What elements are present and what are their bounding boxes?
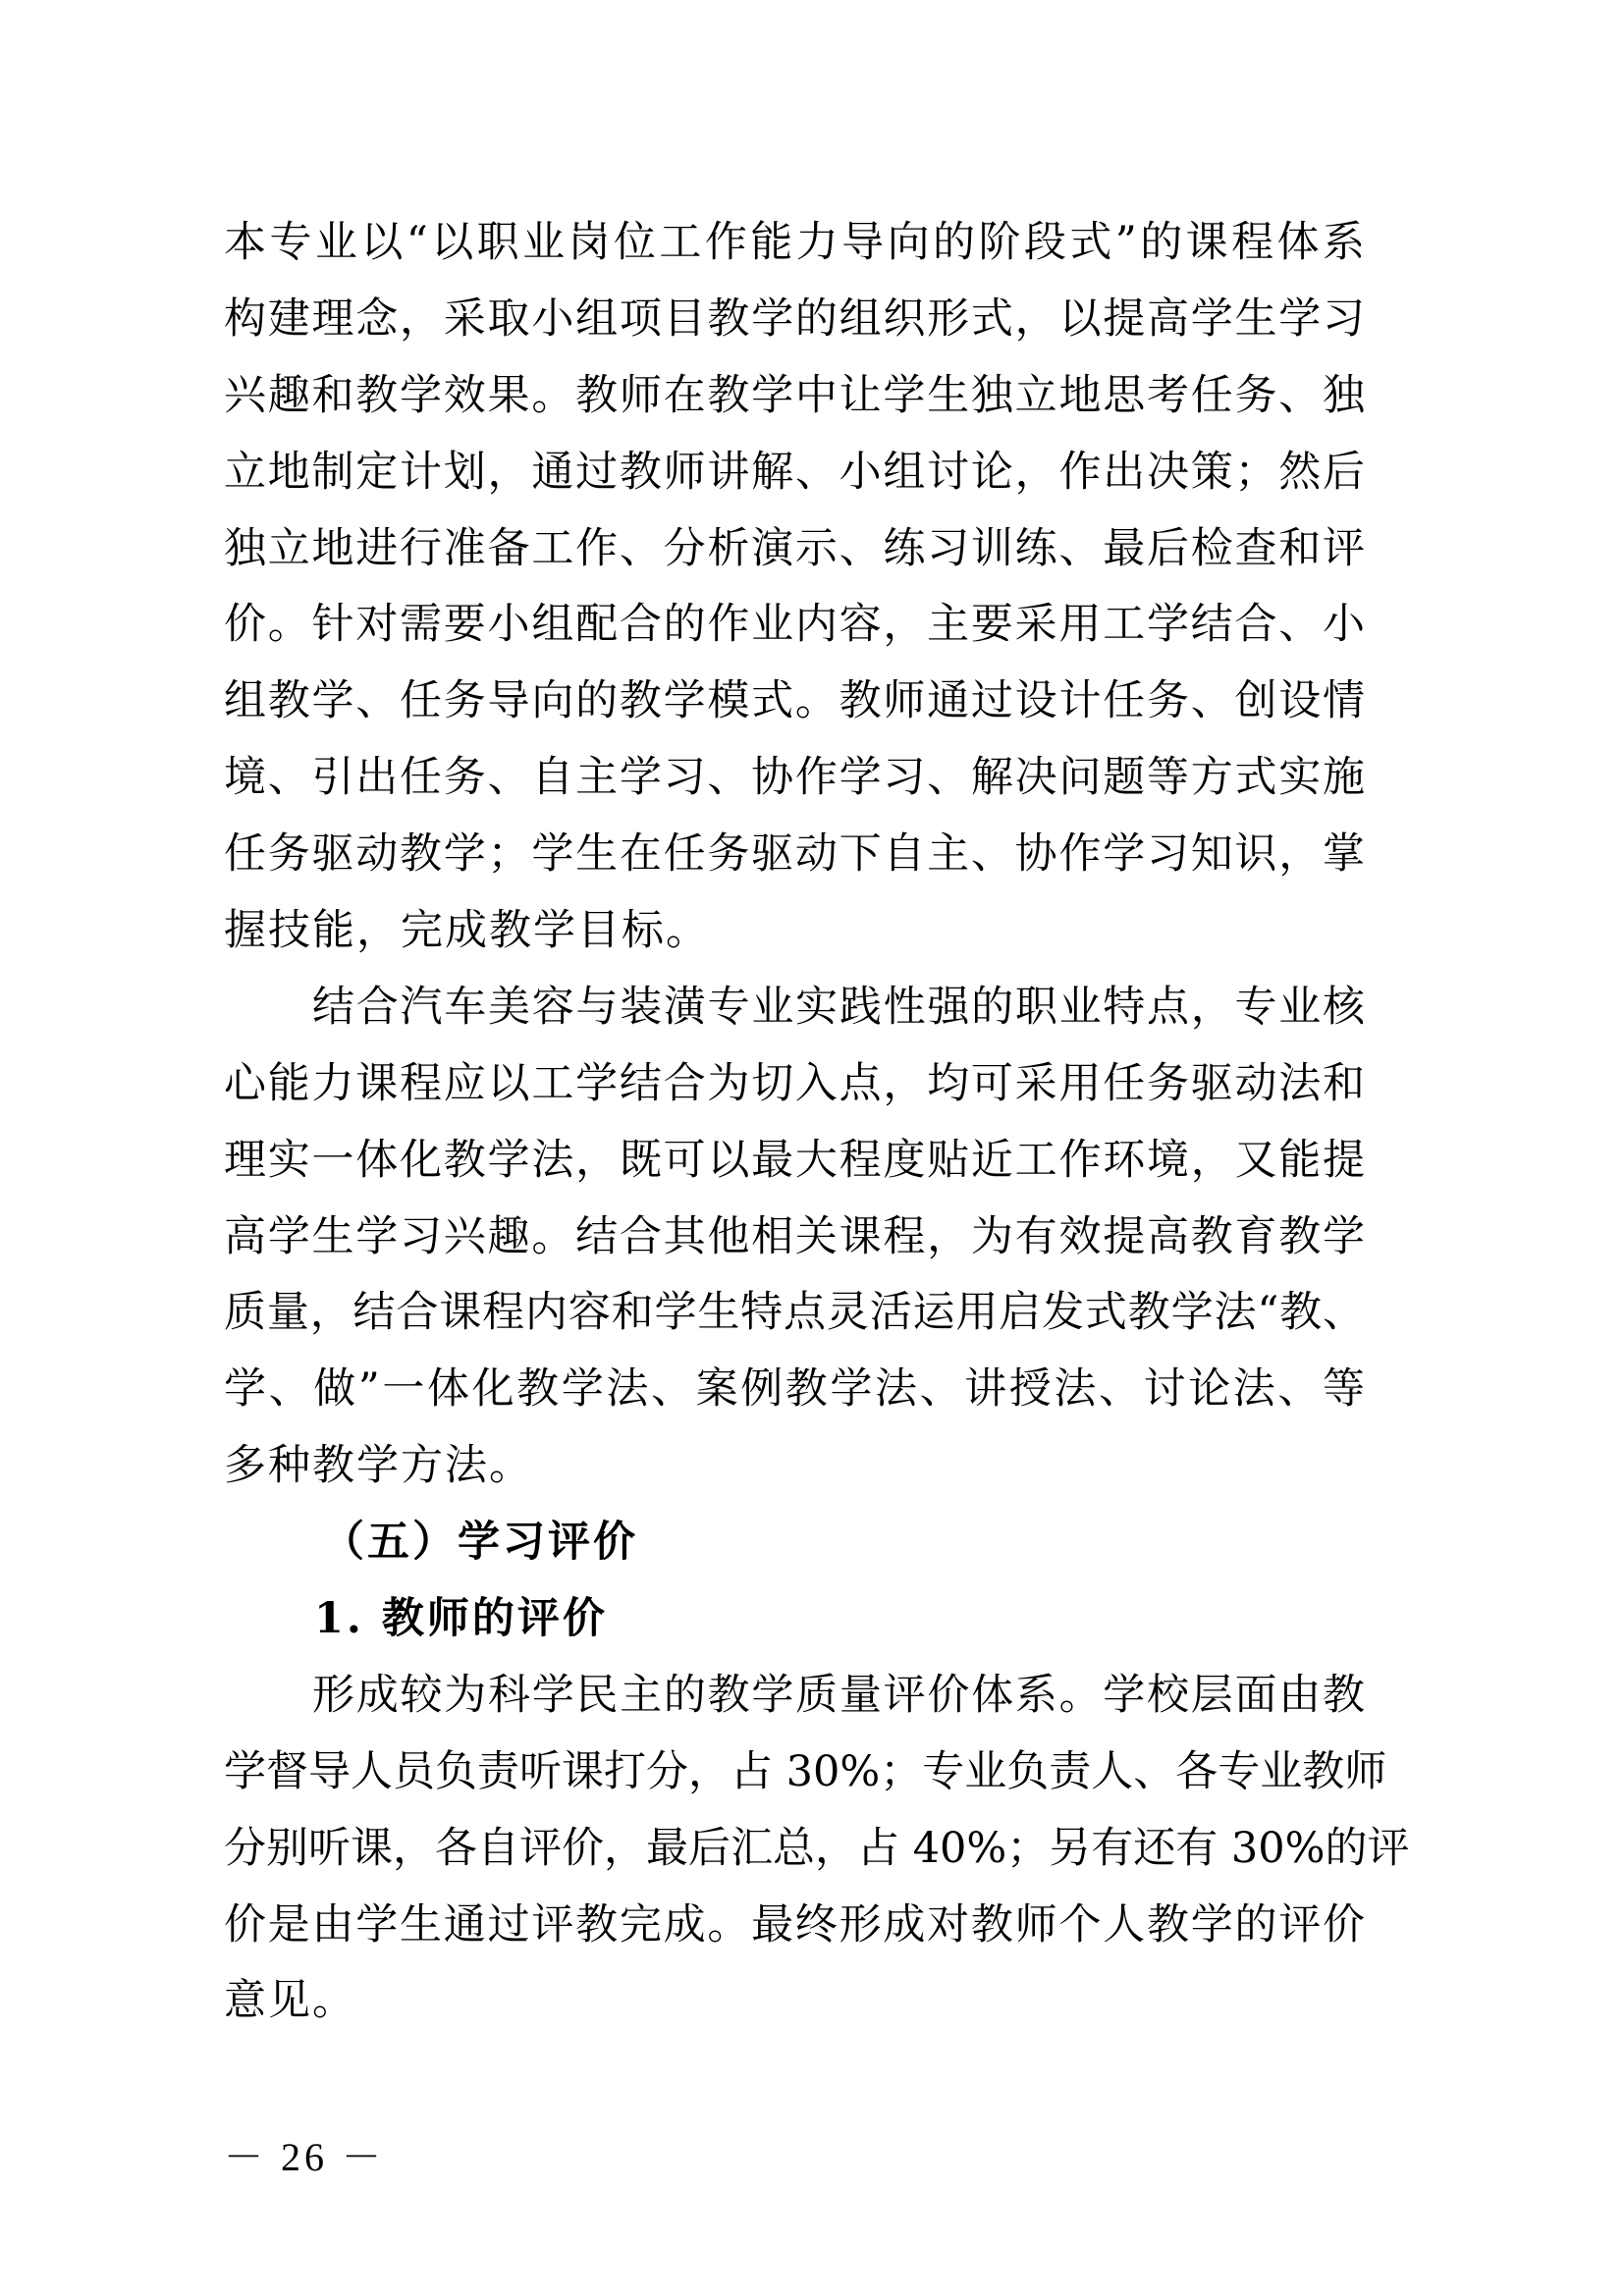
paragraph-line: 结合汽车美容与装潢专业实践性强的职业特点，专业核 [224, 970, 1365, 1046]
page-body: 本专业以“以职业岗位工作能力导向的阶段式”的课程体系 构建理念，采取小组项目教学… [224, 205, 1365, 2040]
paragraph-line: 价。针对需要小组配合的作业内容，主要采用工学结合、小 [224, 587, 1365, 664]
paragraph-line: 构建理念，采取小组项目教学的组织形式，以提高学生学习 [224, 282, 1365, 358]
paragraph-teacher-evaluation: 形成较为科学民主的教学质量评价体系。学校层面由教 学督导人员负责听课打分，占 3… [224, 1658, 1365, 2040]
paragraph-teaching-approach: 本专业以“以职业岗位工作能力导向的阶段式”的课程体系 构建理念，采取小组项目教学… [224, 205, 1365, 970]
paragraph-line: 意见。 [224, 1963, 1365, 2040]
section-heading: （五）学习评价 [224, 1505, 1365, 1581]
paragraph-teaching-methods: 结合汽车美容与装潢专业实践性强的职业特点，专业核 心能力课程应以工学结合为切入点… [224, 970, 1365, 1505]
paragraph-line: 价是由学生通过评教完成。最终形成对教师个人教学的评价 [224, 1888, 1365, 1964]
paragraph-line: 学、做”一体化教学法、案例教学法、讲授法、讨论法、等 [224, 1352, 1365, 1428]
paragraph-line: 独立地进行准备工作、分析演示、练习训练、最后检查和评 [224, 511, 1365, 588]
paragraph-line: 任务驱动教学；学生在任务驱动下自主、协作学习知识，掌 [224, 817, 1365, 893]
paragraph-line: 境、引出任务、自主学习、协作学习、解决问题等方式实施 [224, 740, 1365, 817]
document-page: 本专业以“以职业岗位工作能力导向的阶段式”的课程体系 构建理念，采取小组项目教学… [0, 0, 1624, 2296]
paragraph-line: 多种教学方法。 [224, 1428, 1365, 1505]
paragraph-line: 理实一体化教学法，既可以最大程度贴近工作环境，又能提 [224, 1123, 1365, 1200]
page-number: － 26 － [224, 2132, 385, 2183]
paragraph-line: 质量，结合课程内容和学生特点灵活运用启发式教学法“教、 [224, 1275, 1365, 1352]
paragraph-line: 立地制定计划，通过教师讲解、小组讨论，作出决策；然后 [224, 435, 1365, 511]
paragraph-line: 分别听课，各自评价，最后汇总，占 40%；另有还有 30%的评 [224, 1811, 1365, 1888]
paragraph-line: 兴趣和教学效果。教师在教学中让学生独立地思考任务、独 [224, 358, 1365, 435]
paragraph-line: 本专业以“以职业岗位工作能力导向的阶段式”的课程体系 [224, 205, 1365, 282]
subsection-heading: 1. 教师的评价 [224, 1581, 1365, 1658]
paragraph-line: 形成较为科学民主的教学质量评价体系。学校层面由教 [224, 1658, 1365, 1735]
paragraph-line: 高学生学习兴趣。结合其他相关课程，为有效提高教育教学 [224, 1200, 1365, 1276]
paragraph-line: 组教学、任务导向的教学模式。教师通过设计任务、创设情 [224, 664, 1365, 740]
paragraph-line: 心能力课程应以工学结合为切入点，均可采用任务驱动法和 [224, 1046, 1365, 1123]
paragraph-line: 握技能，完成教学目标。 [224, 893, 1365, 970]
paragraph-line: 学督导人员负责听课打分，占 30%；专业负责人、各专业教师 [224, 1735, 1365, 1811]
